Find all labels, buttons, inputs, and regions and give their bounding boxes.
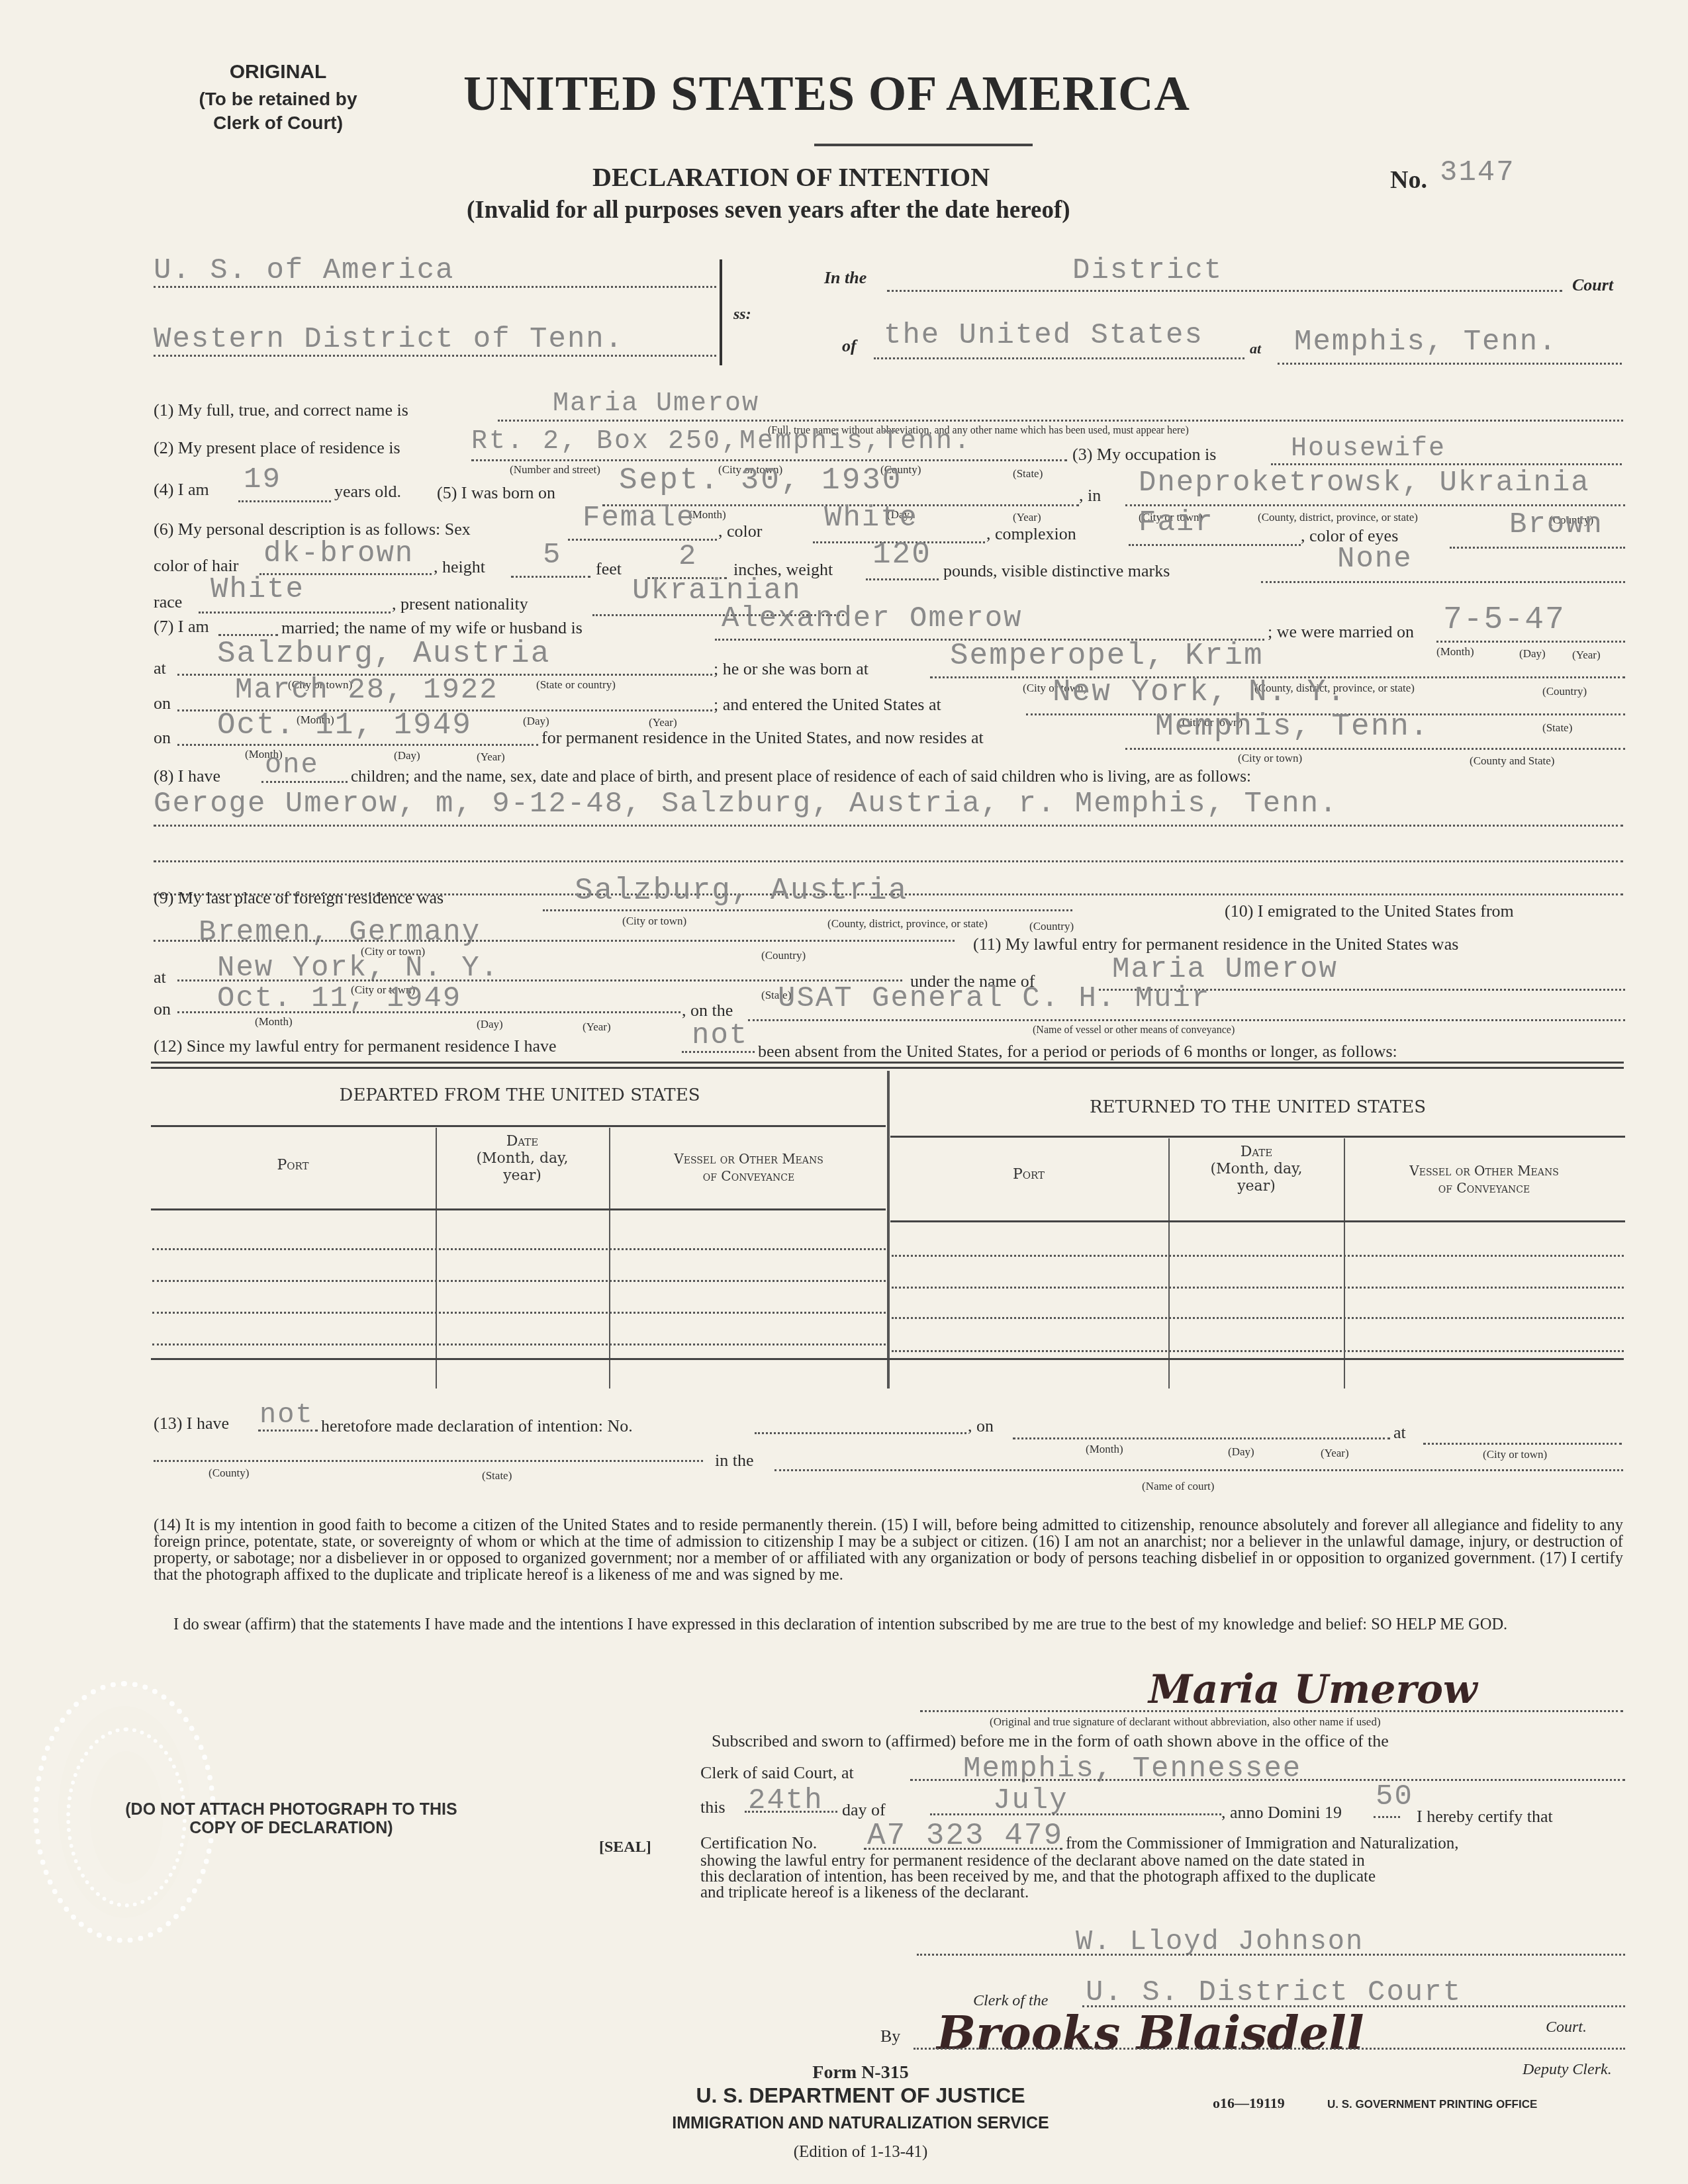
departed-port-header: Port — [152, 1157, 434, 1173]
q13-label1: (13) I have — [154, 1414, 229, 1433]
returned-vessel-header: Vessel or Other Means of Conveyance — [1345, 1162, 1623, 1197]
q1-full-name: Maria Umerow — [553, 389, 759, 419]
deputy-signature: Brooks Blaisdell — [937, 2005, 1364, 2060]
q7-spouse-name: Alexander Omerow — [722, 602, 1022, 635]
q7-entered-on-rule — [177, 744, 538, 746]
clerk-name: W. Lloyd Johnson — [1076, 1926, 1364, 1958]
q2-rule — [471, 459, 1067, 461]
q11-on-rule — [177, 1011, 680, 1013]
q1-rule — [498, 420, 1623, 422]
q13-court-rule — [774, 1469, 1623, 1471]
day-of-label: day of — [842, 1800, 886, 1820]
q6-nationality-label: , present nationality — [392, 594, 528, 614]
q7-resides-label: for permanent residence in the United St… — [541, 728, 984, 748]
q6-height-ft: 5 — [543, 539, 561, 572]
returned-date-h2: (Month, day, — [1170, 1161, 1343, 1178]
department: U. S. DEPARTMENT OF JUSTICE — [563, 2083, 1158, 2108]
departed-vessel-h1: Vessel or Other Means — [610, 1150, 887, 1167]
q6-race-label: race — [154, 592, 182, 612]
q11-vessel-label: , on the — [682, 1001, 733, 1021]
q6-eyes: Brown — [1509, 508, 1603, 541]
q7-spouse-entered-on: Oct. 11, 1949 — [217, 708, 472, 743]
q8-label2: children; and the name, sex, date and pl… — [351, 768, 1251, 786]
q5-in-label: , in — [1079, 486, 1101, 506]
q8-child-rule-2 — [154, 860, 1623, 862]
q12-label2: been absent from the United States, for … — [758, 1042, 1397, 1062]
q9-hint-country: (Country) — [1029, 920, 1074, 933]
ss-label: ss: — [733, 306, 751, 324]
q8-children-count: one — [265, 749, 319, 781]
q6-complexion-rule — [1129, 544, 1301, 546]
returned-col-header-rule — [890, 1220, 1625, 1222]
original-sub1: (To be retained by — [146, 89, 410, 110]
q13-hint-county: (County) — [209, 1467, 249, 1480]
q7-hint-year2: (Year) — [649, 716, 677, 729]
table-bottom-rule — [151, 1358, 1624, 1360]
returned-title: RETURNED TO THE UNITED STATES — [890, 1097, 1625, 1117]
jurat-day-rule — [745, 1811, 837, 1813]
photo-note-line2: COPY OF DECLARATION) — [93, 1819, 490, 1838]
q7-hint-city4: (City or town) — [1238, 752, 1302, 765]
court-at-rule — [1278, 363, 1622, 365]
form-number: Form N-315 — [662, 2062, 1059, 2083]
q5-hint-year: (Year) — [1013, 511, 1041, 524]
q13-hint-court: (Name of court) — [1142, 1480, 1215, 1493]
q9-foreign-residence: Salzburg, Austria — [575, 874, 908, 908]
q3-rule — [1271, 463, 1622, 465]
q7-spouse-born-on: March 28, 1922 — [235, 674, 498, 707]
this-label: this — [700, 1797, 726, 1817]
q5-label: (5) I was born on — [437, 483, 555, 503]
court-type: District — [1072, 254, 1223, 287]
q5-birth-place: Dneproketrowsk, Ukrainia — [1139, 467, 1590, 500]
title-rule — [814, 144, 1033, 146]
certify-label: I hereby certify that — [1417, 1807, 1553, 1827]
q7-married-on: 7-5-47 — [1443, 602, 1566, 638]
q7-hint-day: (Day) — [1519, 647, 1546, 660]
court-of: the United States — [884, 319, 1203, 352]
q3-label: (3) My occupation is — [1072, 445, 1216, 465]
q9-hint-county: (County, district, province, or state) — [827, 917, 988, 931]
q6-marks-rule — [1261, 581, 1625, 583]
q11-vessel-rule — [748, 1019, 1625, 1021]
venue-brace — [720, 259, 722, 365]
q4-rule — [238, 500, 331, 502]
q7-spouse-entered-at: New York, N. Y. — [1053, 675, 1346, 709]
declarant-signature-hint: (Original and true signature of declaran… — [990, 1715, 1381, 1729]
q13-in-the-label: in the — [715, 1451, 754, 1471]
q6-color-label: , color — [718, 522, 762, 541]
q4-label: (4) I am — [154, 480, 209, 500]
returned-date-header: Date (Month, day, year) — [1170, 1144, 1343, 1195]
table-row — [892, 1287, 1624, 1289]
q7-hint-state: (State) — [1542, 721, 1572, 735]
departed-header-rule — [151, 1125, 886, 1127]
departed-col-header-rule — [151, 1208, 886, 1210]
q10-emigrated-from: Bremen, Germany — [199, 916, 481, 949]
print-code: o16—19119 — [1213, 2095, 1285, 2112]
q6-height-label: , height — [434, 557, 485, 577]
departed-date-h1: Date — [437, 1133, 608, 1150]
q7-hint-county-state: (County and State) — [1470, 754, 1554, 768]
clerk-court: U. S. District Court — [1086, 1976, 1462, 2009]
q7-married-on-label: ; we were married on — [1268, 622, 1414, 642]
q13-county-rule — [154, 1460, 703, 1462]
q5-birth-date: Sept. 30, 1930 — [619, 463, 902, 498]
declarant-signature: Maria Umerow — [1149, 1666, 1477, 1713]
q6-feet-label: feet — [596, 559, 622, 579]
q13-value-rule — [258, 1430, 318, 1432]
q13-at-label: at — [1393, 1423, 1406, 1443]
departed-title: DEPARTED FROM THE UNITED STATES — [152, 1085, 887, 1105]
jurat-month-rule — [930, 1813, 1221, 1815]
q7-spouse-born-at: Semperopel, Krim — [950, 639, 1264, 673]
returned-date-h1: Date — [1170, 1144, 1343, 1161]
court-at: Memphis, Tenn. — [1294, 326, 1558, 359]
returned-port-header: Port — [890, 1166, 1167, 1183]
cert-no-rule — [864, 1848, 1062, 1850]
table-top-rule-1 — [151, 1062, 1624, 1064]
of-label: of — [842, 336, 857, 356]
q11-vessel: USAT General C. H. Muir — [778, 982, 1210, 1015]
table-top-rule-2 — [151, 1067, 1624, 1069]
q12-label1: (12) Since my lawful entry for permanent… — [154, 1036, 557, 1056]
q7-hint-year: (Year) — [1572, 649, 1601, 662]
by-label: By — [880, 2026, 900, 2046]
original-label: ORIGINAL — [199, 61, 357, 83]
table-row — [892, 1350, 1624, 1352]
q12-rule — [682, 1051, 755, 1053]
q13-hint-city: (City or town) — [1483, 1448, 1547, 1461]
seal-label: [SEAL] — [599, 1839, 651, 1856]
jurat-month: July — [993, 1784, 1068, 1817]
q8-count-rule — [261, 781, 348, 783]
departed-vessel-h2: of Conveyance — [610, 1167, 887, 1185]
q13-hint-day: (Day) — [1228, 1445, 1254, 1459]
table-center-divider — [887, 1071, 890, 1388]
form-subtitle: DECLARATION OF INTENTION — [592, 161, 990, 193]
q7-married-at: Salzburg, Austria — [217, 637, 550, 671]
table-row — [152, 1248, 886, 1250]
q11-entry-date: Oct. 11, 1949 — [217, 982, 461, 1015]
q6-weight-rule — [866, 578, 939, 580]
original-sub2: Clerk of Court) — [146, 113, 410, 134]
q7-on2-label: on — [154, 728, 171, 748]
returned-date-h3: year) — [1170, 1178, 1343, 1195]
q1-label: (1) My full, true, and correct name is — [154, 400, 408, 420]
q2-label: (2) My present place of residence is — [154, 438, 400, 458]
oath-paragraph: (14) It is my intention in good faith to… — [154, 1517, 1623, 1583]
table-row — [152, 1343, 886, 1345]
table-row — [892, 1317, 1624, 1319]
page-title: UNITED STATES OF AMERICA — [463, 66, 1324, 122]
q10-hint-country: (Country) — [761, 949, 806, 962]
q6-height-ft-rule — [511, 576, 590, 578]
q6-weight: 120 — [872, 537, 931, 572]
q11-at-label: at — [154, 968, 166, 987]
q6-label: (6) My personal description is as follow… — [154, 520, 471, 539]
court-of-rule — [874, 357, 1244, 359]
q8-label1: (8) I have — [154, 766, 220, 786]
departed-vessel-header: Vessel or Other Means of Conveyance — [610, 1150, 887, 1185]
q7-entered-label: ; and entered the United States at — [714, 695, 941, 715]
q7-born-at-label: ; he or she was born at — [714, 659, 868, 679]
q7-hint-day2: (Day) — [523, 715, 549, 728]
q6-race-rule — [199, 612, 391, 614]
table-row — [152, 1280, 886, 1282]
departed-date-h2: (Month, day, — [437, 1150, 608, 1167]
clerk-name-rule — [917, 1954, 1625, 1956]
q13-no-rule — [755, 1432, 966, 1434]
q11-hint-year: (Year) — [583, 1021, 611, 1034]
deputy-clerk-label: Deputy Clerk. — [1523, 2061, 1612, 2079]
q13-on-label: , on — [968, 1416, 994, 1436]
q5-hint-county: (County, district, province, or state) — [1258, 511, 1418, 524]
returned-vessel-h1: Vessel or Other Means — [1345, 1162, 1623, 1179]
q6-marks-label: pounds, visible distinctive marks — [943, 561, 1170, 581]
venue-line2: Western District of Tenn. — [154, 323, 624, 356]
at-label: at — [1250, 340, 1261, 357]
clerk-at-rule — [910, 1779, 1625, 1781]
q13-hint-state: (State) — [482, 1469, 512, 1482]
q10-label: (10) I emigrated to the United States fr… — [1225, 901, 1514, 921]
departed-date-header: Date (Month, day, year) — [437, 1133, 608, 1185]
q7-spouse-resides: Memphis, Tenn. — [1155, 709, 1429, 744]
q11-hint-month: (Month) — [255, 1015, 293, 1028]
jurat-line1: Subscribed and sworn to (affirmed) befor… — [712, 1731, 1389, 1751]
q6-sex: Female — [583, 502, 695, 535]
declarant-signature-rule — [920, 1710, 1623, 1712]
number-label: No. — [1390, 165, 1427, 195]
court-type-rule — [887, 290, 1562, 292]
q6-marks: None — [1337, 543, 1413, 576]
clerk-at-label: Clerk of said Court, at — [700, 1763, 854, 1783]
q7-hint-day3: (Day) — [394, 749, 420, 762]
table-row — [892, 1255, 1624, 1257]
q6-complexion-label: , complexion — [986, 524, 1076, 544]
q4-suffix: years old. — [334, 482, 401, 502]
q7-married-on-rule — [1436, 641, 1625, 643]
q7-label1: (7) I am — [154, 617, 209, 637]
declaration-number: 3147 — [1440, 156, 1515, 189]
q11-under-name: Maria Umerow — [1112, 953, 1338, 986]
cert-text1: from the Commissioner of Immigration and… — [1066, 1835, 1459, 1853]
q6-race: White — [211, 573, 305, 606]
q6-complexion: Fair — [1139, 506, 1214, 539]
q7-married-rule — [218, 634, 278, 636]
q12-value: not — [692, 1019, 748, 1052]
q7-hint-state-country: (State or country) — [536, 678, 616, 692]
invalid-note: (Invalid for all purposes seven years af… — [467, 196, 1070, 224]
photo-note-line1: (DO NOT ATTACH PHOTOGRAPH TO THIS — [93, 1800, 490, 1819]
q6-hair: dk-brown — [263, 537, 414, 570]
q13-hint-year: (Year) — [1321, 1447, 1349, 1460]
q11-hint-day: (Day) — [477, 1018, 503, 1031]
q2-hint-street: (Number and street) — [510, 463, 600, 477]
table-row — [152, 1312, 886, 1314]
oath-swear: I do swear (affirm) that the statements … — [154, 1616, 1623, 1633]
edition: (Edition of 1-13-41) — [662, 2143, 1059, 2161]
q7-resides-rule — [1125, 748, 1625, 750]
q7-hint-year3: (Year) — [477, 751, 505, 764]
q6-height-in: 2 — [679, 540, 697, 573]
q7-hint-month: (Month) — [1436, 645, 1474, 659]
q11-at-rule — [177, 979, 902, 981]
q3-occupation: Housewife — [1291, 434, 1446, 464]
q11-hint-vessel: (Name of vessel or other means of convey… — [1033, 1024, 1235, 1036]
q7-hint-country: (Country) — [1542, 685, 1587, 698]
venue-line1: U. S. of America — [154, 254, 454, 287]
q10-rule — [154, 940, 955, 942]
q13-at-rule — [1423, 1443, 1622, 1445]
q2-residence: Rt. 2, Box 250,Memphis,Tenn. — [471, 427, 972, 457]
q8-child-1: Geroge Umerow, m, 9-12-48, Salzburg, Aus… — [154, 788, 1338, 821]
departed-date-h3: year) — [437, 1167, 608, 1185]
q7-on-label: on — [154, 694, 171, 713]
q4-age: 19 — [244, 463, 281, 496]
venue-line2-rule — [154, 355, 716, 357]
in-the-label: In the — [824, 268, 867, 288]
deputy-signature-rule — [914, 2048, 1625, 2050]
court-suffix-label: Court. — [1546, 2019, 1587, 2036]
q7-at-label: at — [154, 659, 166, 678]
q2-hint-state: (State) — [1013, 467, 1043, 480]
cert-text4: and triplicate hereof is a likeness of t… — [700, 1884, 1029, 1902]
q11-label: (11) My lawful entry for permanent resid… — [973, 934, 1458, 954]
venue-line1-rule — [154, 286, 716, 288]
q8-child-rule-1 — [154, 825, 1623, 827]
court-label: Court — [1572, 275, 1613, 295]
returned-vessel-h2: of Conveyance — [1345, 1179, 1623, 1197]
q13-label2: heretofore made declaration of intention… — [321, 1416, 633, 1436]
q13-value: not — [259, 1399, 314, 1431]
q9-label: (9) My last place of foreign residence w… — [154, 888, 444, 908]
q11-on-label: on — [154, 999, 171, 1019]
q6-color: White — [824, 502, 918, 535]
returned-header-rule — [890, 1136, 1625, 1138]
jurat-year: 50 — [1376, 1780, 1413, 1813]
q13-hint-month: (Month) — [1086, 1443, 1123, 1456]
jurat-year-rule — [1374, 1816, 1400, 1818]
printer: U. S. GOVERNMENT PRINTING OFFICE — [1327, 2098, 1537, 2111]
anno-label: , anno Domini 19 — [1221, 1803, 1342, 1823]
service: IMMIGRATION AND NATURALIZATION SERVICE — [563, 2114, 1158, 2133]
q6-eyes-rule — [1450, 547, 1625, 549]
q9-rule — [543, 909, 1072, 911]
cert-no-label: Certification No. — [700, 1833, 817, 1853]
q9-hint-city: (City or town) — [622, 915, 686, 928]
q7-label2: married; the name of my wife or husband … — [281, 618, 583, 638]
q13-on-rule — [1013, 1437, 1390, 1439]
